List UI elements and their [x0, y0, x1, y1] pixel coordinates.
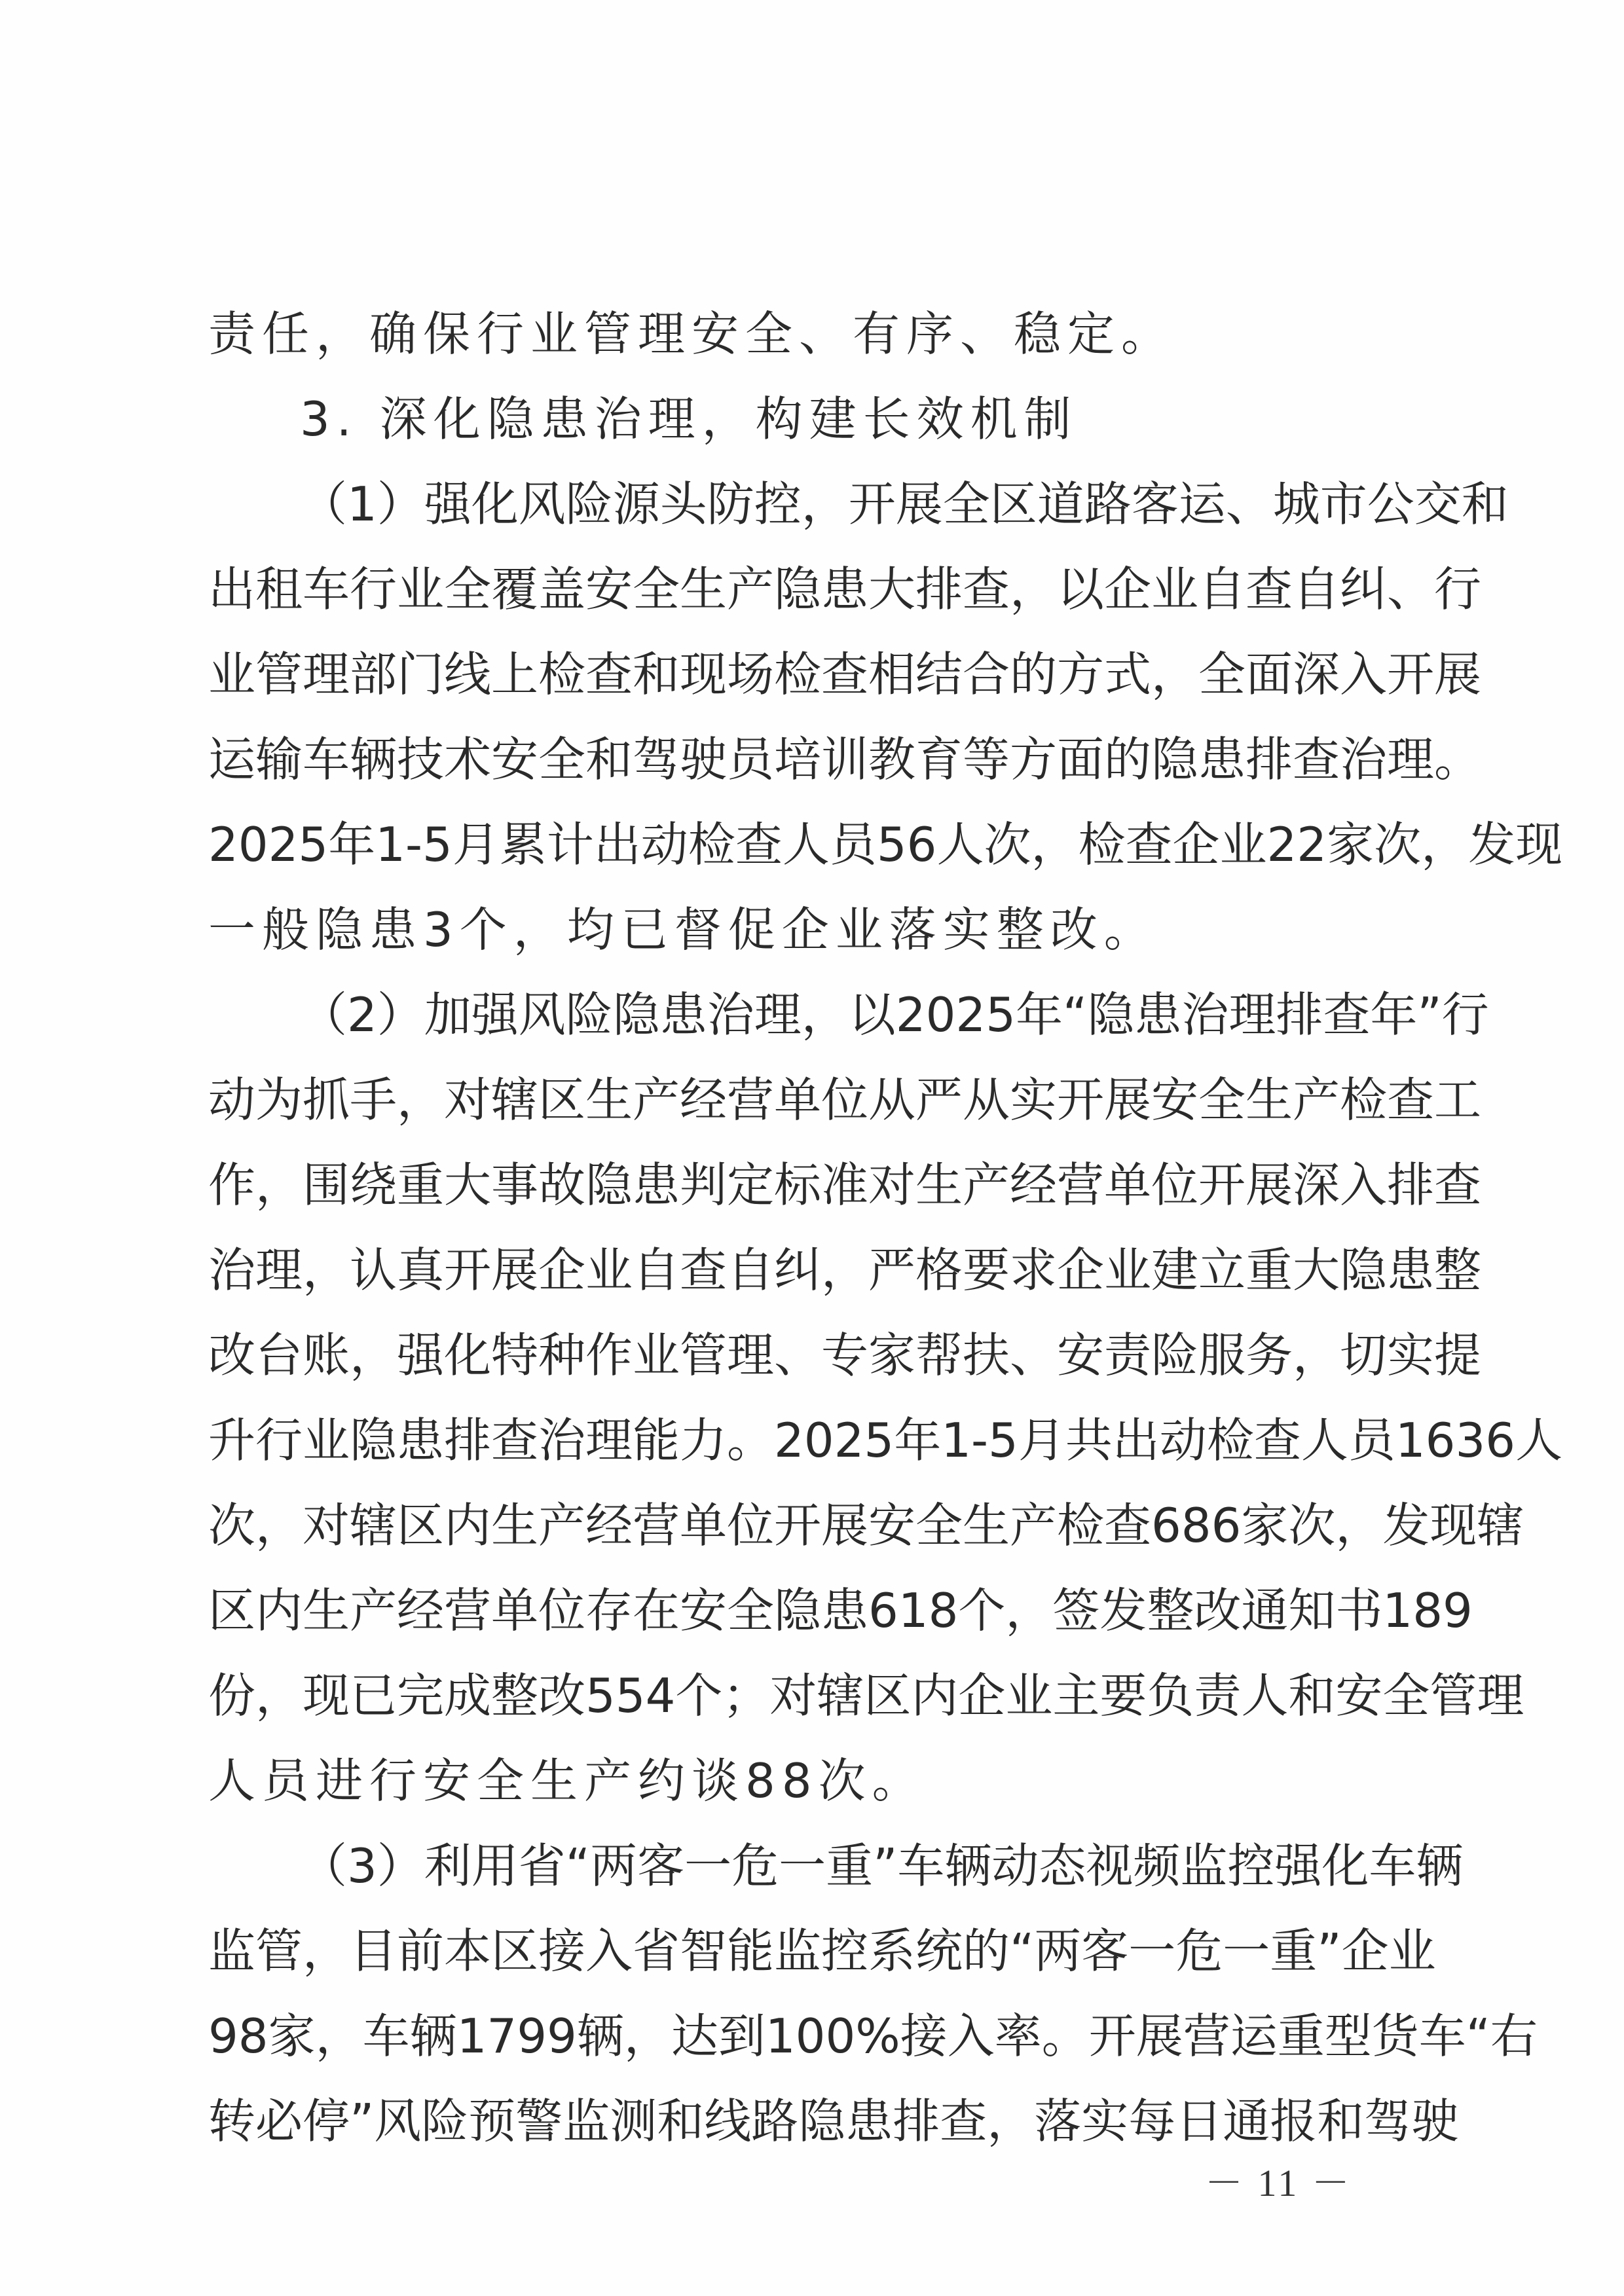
text-line: 次，对辖区内生产经营单位开展安全生产检查686家次，发现辖: [208, 1486, 1426, 1565]
text-line: 转必停”风险预警监测和线路隐患排查，落实每日通报和驾驶: [208, 2082, 1426, 2160]
text-line: 份，现已完成整改554个；对辖区内企业主要负责人和安全管理: [208, 1656, 1426, 1735]
text-line: 区内生产经营单位存在安全隐患618个，签发整改通知书189: [208, 1571, 1426, 1650]
text-line: 2025年1-5月累计出动检查人员56人次，检查企业22家次，发现: [208, 805, 1426, 884]
text-line: 升行业隐患排查治理能力。2025年1-5月共出动检查人员1636人: [208, 1401, 1426, 1480]
text-line: （2）加强风险隐患治理，以2025年“隐患治理排查年”行: [300, 975, 1426, 1054]
text-line: 监管，目前本区接入省智能监控系统的“两客一危一重”企业: [208, 1912, 1426, 1990]
text-line: 改台账，强化特种作业管理、专家帮扶、安责险服务，切实提: [208, 1316, 1426, 1394]
text-line: （3）利用省“两客一危一重”车辆动态视频监控强化车辆: [300, 1827, 1426, 1905]
text-line: （1）强化风险源头防控，开展全区道路客运、城市公交和: [300, 465, 1426, 543]
page-number: － 11 －: [1205, 2160, 1352, 2206]
text-line: 作，围绕重大事故隐患判定标准对生产经营单位开展深入排查: [208, 1146, 1426, 1224]
text-line: 人员进行安全生产约谈88次。: [208, 1741, 926, 1820]
text-line: 一般隐患3个，均已督促企业落实整改。: [208, 890, 1158, 969]
text-line: 出租车行业全覆盖安全生产隐患大排查，以企业自查自纠、行: [208, 550, 1426, 629]
text-line: 责任，确保行业管理安全、有序、稳定。: [208, 295, 1175, 373]
text-line: 业管理部门线上检查和现场检查相结合的方式，全面深入开展: [208, 635, 1426, 714]
text-line: 治理，认真开展企业自查自纠，严格要求企业建立重大隐患整: [208, 1231, 1426, 1309]
document-page: 责任，确保行业管理安全、有序、稳定。3. 深化隐患治理，构建长效机制（1）强化风…: [0, 0, 1624, 2296]
text-line: 动为抓手，对辖区生产经营单位从严从实开展安全生产检查工: [208, 1061, 1426, 1139]
text-line: 98家，车辆1799辆，达到100%接入率。开展营运重型货车“右: [208, 1997, 1426, 2075]
section-heading: 3. 深化隐患治理，构建长效机制: [300, 380, 1078, 458]
text-line: 运输车辆技术安全和驾驶员培训教育等方面的隐患排查治理。: [208, 720, 1426, 799]
